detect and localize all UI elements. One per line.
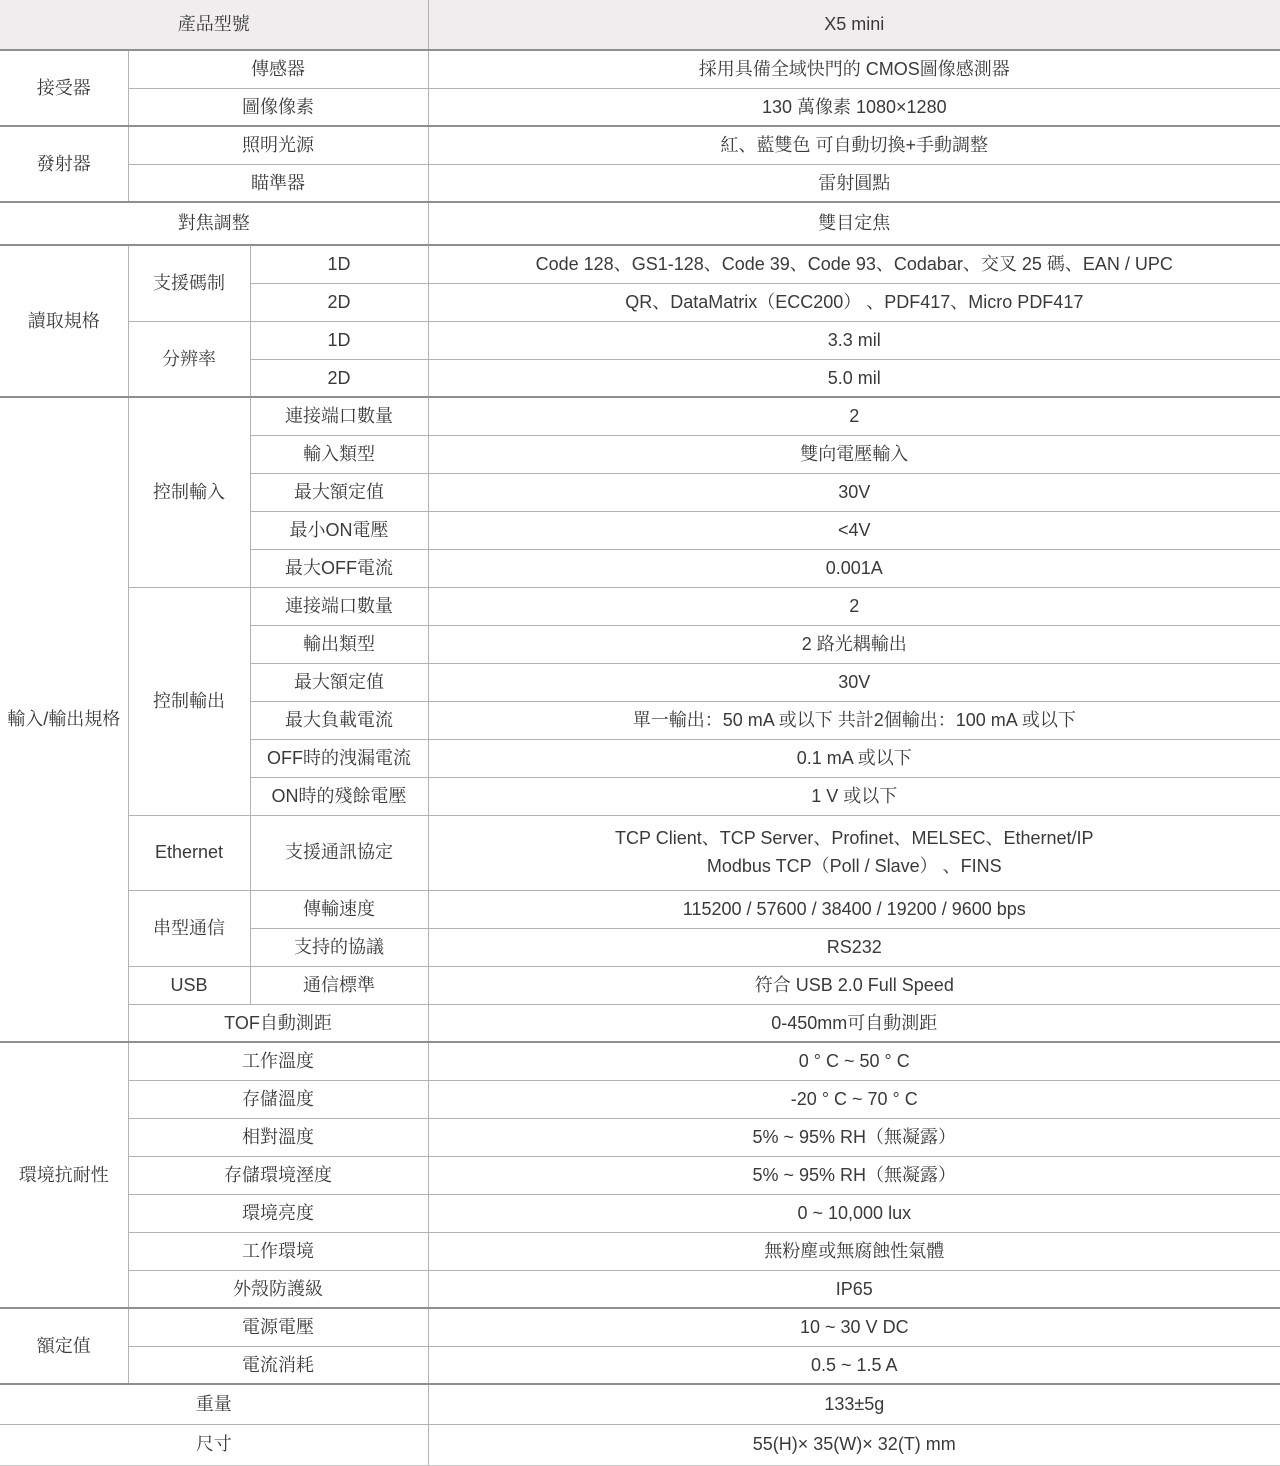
spec-label-cell: 外殼防護級 [128, 1270, 428, 1308]
spec-value-cell: 30V [428, 663, 1280, 701]
aimer-value-cell: 雷射圓點 [428, 164, 1280, 202]
spec-label-cell: 輸入類型 [250, 435, 428, 473]
io-group-cell: 輸入/輸出規格 [0, 397, 128, 1042]
sensor-label-cell: 傳感器 [128, 50, 428, 88]
rating-group-cell: 額定值 [0, 1308, 128, 1384]
image-pixels-label-cell: 圖像像素 [128, 88, 428, 126]
spec-label-cell: OFF時的洩漏電流 [250, 739, 428, 777]
usb-standard-value-cell: 符合 USB 2.0 Full Speed [428, 966, 1280, 1004]
symbology-1d-label-cell: 1D [250, 245, 428, 283]
spec-value-cell: IP65 [428, 1270, 1280, 1308]
sensor-value-cell: 採用具備全域快門的 CMOS圖像感測器 [428, 50, 1280, 88]
spec-value-cell: 2 [428, 587, 1280, 625]
environment-group-cell: 環境抗耐性 [0, 1042, 128, 1308]
dimensions-value-cell: 55(H)× 35(W)× 32(T) mm [428, 1424, 1280, 1465]
spec-value-cell: 單一輸出：50 mA 或以下 共計2個輸出：100 mA 或以下 [428, 701, 1280, 739]
spec-label-cell: ON時的殘餘電壓 [250, 777, 428, 815]
tof-value-cell: 0-450mm可自動測距 [428, 1004, 1280, 1042]
spec-value-cell: 2 路光耦輸出 [428, 625, 1280, 663]
spec-value-cell: 10 ~ 30 V DC [428, 1308, 1280, 1346]
spec-value-cell: 無粉塵或無腐蝕性氣體 [428, 1232, 1280, 1270]
image-pixels-value-cell: 130 萬像素 1080×1280 [428, 88, 1280, 126]
spec-value-cell: 5% ~ 95% RH（無凝露） [428, 1156, 1280, 1194]
spec-value-cell: 1 V 或以下 [428, 777, 1280, 815]
serial-group-cell: 串型通信 [128, 890, 250, 966]
spec-label-cell: 環境亮度 [128, 1194, 428, 1232]
spec-value-cell: -20 ° C ~ 70 ° C [428, 1080, 1280, 1118]
focus-label-cell: 對焦調整 [0, 202, 428, 245]
weight-value-cell: 133±5g [428, 1384, 1280, 1424]
spec-label-cell: 輸出類型 [250, 625, 428, 663]
spec-label-cell: 存儲溫度 [128, 1080, 428, 1118]
spec-label-cell: 電流消耗 [128, 1346, 428, 1384]
light-source-value-cell: 紅、藍雙色 可自動切換+手動調整 [428, 126, 1280, 164]
usb-standard-label-cell: 通信標準 [250, 966, 428, 1004]
ethernet-protocol-label-cell: 支援通訊協定 [250, 815, 428, 890]
spec-value-cell: 115200 / 57600 / 38400 / 19200 / 9600 bp… [428, 890, 1280, 928]
ethernet-protocol-line2: Modbus TCP（Poll / Slave） 、FINS [435, 853, 1275, 881]
spec-value-cell: 0 ~ 10,000 lux [428, 1194, 1280, 1232]
symbology-2d-label-cell: 2D [250, 283, 428, 321]
spec-value-cell: 0.001A [428, 549, 1280, 587]
symbology-group-cell: 支援碼制 [128, 245, 250, 321]
spec-label-cell: 工作環境 [128, 1232, 428, 1270]
receiver-group-cell: 接受器 [0, 50, 128, 126]
spec-label-cell: 連接端口數量 [250, 397, 428, 435]
ethernet-protocol-value-cell: TCP Client、TCP Server、Profinet、MELSEC、Et… [428, 815, 1280, 890]
resolution-1d-value-cell: 3.3 mil [428, 321, 1280, 359]
spec-value-cell: 2 [428, 397, 1280, 435]
spec-label-cell: 傳輸速度 [250, 890, 428, 928]
tof-label-cell: TOF自動測距 [128, 1004, 428, 1042]
spec-value-cell: RS232 [428, 928, 1280, 966]
emitter-group-cell: 發射器 [0, 126, 128, 202]
spec-label-cell: 最大OFF電流 [250, 549, 428, 587]
resolution-2d-value-cell: 5.0 mil [428, 359, 1280, 397]
aimer-label-cell: 瞄準器 [128, 164, 428, 202]
symbology-2d-value-cell: QR、DataMatrix（ECC200） 、PDF417、Micro PDF4… [428, 283, 1280, 321]
usb-group-cell: USB [128, 966, 250, 1004]
spec-label-cell: 支持的協議 [250, 928, 428, 966]
spec-value-cell: 5% ~ 95% RH（無凝露） [428, 1118, 1280, 1156]
spec-label-cell: 最大負載電流 [250, 701, 428, 739]
spec-label-cell: 最大額定值 [250, 473, 428, 511]
reading-group-cell: 讀取規格 [0, 245, 128, 397]
weight-label-cell: 重量 [0, 1384, 428, 1424]
ethernet-group-cell: Ethernet [128, 815, 250, 890]
spec-label-cell: 相對溫度 [128, 1118, 428, 1156]
spec-value-cell: <4V [428, 511, 1280, 549]
resolution-2d-label-cell: 2D [250, 359, 428, 397]
spec-label-cell: 電源電壓 [128, 1308, 428, 1346]
focus-value-cell: 雙目定焦 [428, 202, 1280, 245]
dimensions-label-cell: 尺寸 [0, 1424, 428, 1465]
light-source-label-cell: 照明光源 [128, 126, 428, 164]
spec-label-cell: 連接端口數量 [250, 587, 428, 625]
symbology-1d-value-cell: Code 128、GS1-128、Code 39、Code 93、Codabar… [428, 245, 1280, 283]
control-input-group-cell: 控制輸入 [128, 397, 250, 587]
product-model-value-cell: X5 mini [428, 0, 1280, 50]
spec-value-cell: 0 ° C ~ 50 ° C [428, 1042, 1280, 1080]
control-output-group-cell: 控制輸出 [128, 587, 250, 815]
spec-value-cell: 0.1 mA 或以下 [428, 739, 1280, 777]
product-model-header-cell: 產品型號 [0, 0, 428, 50]
spec-value-cell: 0.5 ~ 1.5 A [428, 1346, 1280, 1384]
spec-label-cell: 存儲環境溼度 [128, 1156, 428, 1194]
spec-label-cell: 最小ON電壓 [250, 511, 428, 549]
spec-label-cell: 工作溫度 [128, 1042, 428, 1080]
spec-table: 產品型號 X5 mini 接受器 傳感器 採用具備全域快門的 CMOS圖像感測器… [0, 0, 1280, 1466]
spec-value-cell: 雙向電壓輸入 [428, 435, 1280, 473]
spec-label-cell: 最大額定值 [250, 663, 428, 701]
ethernet-protocol-line1: TCP Client、TCP Server、Profinet、MELSEC、Et… [435, 825, 1275, 853]
spec-value-cell: 30V [428, 473, 1280, 511]
resolution-1d-label-cell: 1D [250, 321, 428, 359]
resolution-group-cell: 分辨率 [128, 321, 250, 397]
